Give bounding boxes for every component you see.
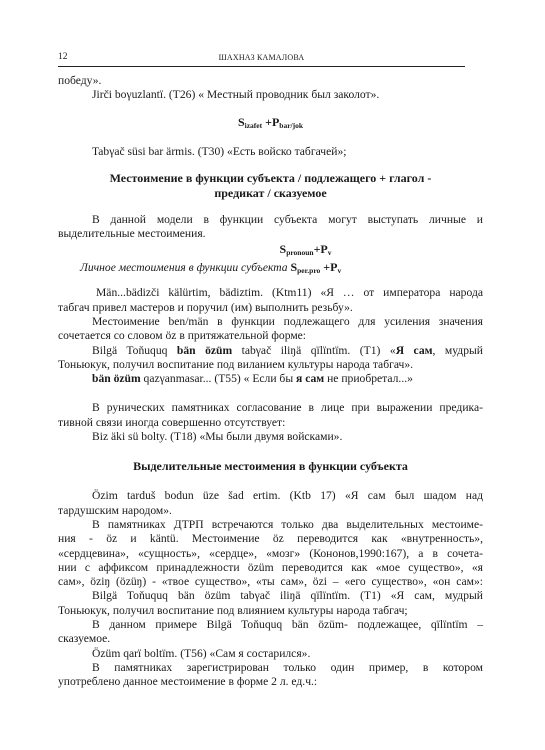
example-translation: «Я … от императора народа [311, 286, 483, 299]
paragraph-dtrp-line-4: нии с аффиксом принадлежности özüm перев… [58, 561, 483, 575]
formula-s-sub: izafet [245, 121, 263, 130]
formula-p: +P [314, 242, 328, 256]
page-header: 12 ШАХНАЗ КАМАЛОВА [58, 50, 465, 67]
heading-line: Местоимение в функции субъекта / подлежа… [110, 171, 432, 185]
formula-s-sub: pronoun [286, 248, 313, 257]
paragraph-continuation: победу». [58, 74, 483, 88]
paragraph-dtrp-line-5: сам», öziŋ (özüŋ) - «твое существо», «ты… [58, 575, 483, 589]
paragraph-dtrp-line-2: ния - öz и käntü. Местоимение öz перевод… [58, 532, 483, 546]
text-run: tabγač iliŋä qïlïntïm. (T1) « [232, 344, 396, 357]
running-title: ШАХНАЗ КАМАЛОВА [58, 53, 465, 62]
paragraph-model: В данной модели в функции субъекта могут… [58, 213, 483, 227]
text-run: qazγanmasar... (T55) « Если бы [141, 372, 296, 385]
text-run: Bilgä Toňuquq [92, 344, 177, 357]
document-page: 12 ШАХНАЗ КАМАЛОВА победу». Jirči boγuzl… [0, 0, 545, 750]
bold-run: Я сам [396, 344, 433, 357]
bold-run: bän özüm [92, 372, 141, 385]
formula-p: +P [262, 115, 279, 129]
formula-s-sub: per.pro [297, 266, 320, 275]
bold-run: я сам [296, 372, 324, 385]
example-ktm11-cont: табгач привел мастеров и поручил (им) вы… [58, 301, 483, 315]
section-heading-emphatic: Выделительные местоимения в функции субъ… [58, 459, 483, 474]
example-t26: Jirči boγuzlantï. (T26) « Местный провод… [58, 88, 483, 102]
example-t18: Biz äki sü bolty. (T18) «Мы были двумя в… [58, 430, 483, 444]
example-t55: bän özüm qazγanmasar... (T55) « Если бы … [58, 372, 483, 386]
example-source: Jirči boγuzlantï. (T26) [92, 88, 195, 101]
paragraph-runic-cont: тивной связи иногда совершенно отсутству… [58, 416, 483, 430]
paragraph-second-person-cont: употреблено данное местоимение в форме 2… [58, 675, 483, 689]
italic-caption: Личное местоимения в функции субъекта [80, 261, 290, 274]
heading-line: предикат / сказуемое [214, 186, 326, 200]
paragraph-dtrp-line-1: В памятниках ДТРП встречаются только два… [58, 518, 483, 532]
example-source: Tabγač süsi bar ärmis. (T30) [92, 145, 224, 158]
formula-s: S [238, 115, 245, 129]
example-t1-repeat: Bilgä Toňuquq bän özüm tabγač iliŋä qïlï… [58, 589, 483, 603]
paragraph-dtrp-line-3: «сердцевина», «сущность», «сердце», «моз… [58, 547, 483, 561]
bold-run: bän özüm [177, 344, 232, 357]
example-t56: Özüm qarï boltïm. (T56) «Сам я состарилс… [58, 647, 483, 661]
text-run: , мудрый [433, 344, 483, 357]
example-ktb17-cont: тардушским народом». [58, 504, 483, 518]
paragraph-analysis: В данном примере Bilgä Toňuquq bän özüm-… [58, 618, 483, 632]
formula-p: +P [320, 260, 337, 274]
formula-p-sub: v [328, 248, 332, 257]
paragraph-runic: В рунических памятниках согласование в л… [58, 401, 483, 415]
example-t1-cont: Тоньюкук, получил воспитание под вилание… [58, 358, 483, 372]
formula-izafet: Sizafet +Pbar/jok [58, 115, 483, 133]
paragraph-ben-man-cont: сочетается со словом öz в притяжательной… [58, 329, 483, 343]
example-ktb17: Özim tarduš bodun üze šad ertim. (Ktb 17… [58, 489, 483, 503]
example-t1-repeat-cont: Тоньюкук, получил воспитание под влияние… [58, 604, 483, 618]
example-t1: Bilgä Toňuquq bän özüm tabγač iliŋä qïlï… [58, 344, 483, 358]
section-heading-subject-verb: Местоимение в функции субъекта / подлежа… [58, 171, 483, 201]
page-body: победу». Jirči boγuzlantï. (T26) « Местн… [58, 74, 483, 690]
example-translation: «Есть войско табгачей»; [224, 145, 346, 158]
paragraph-second-person: В памятниках зарегистрирован только один… [58, 661, 483, 675]
formula-p-sub: bar/jok [279, 121, 303, 130]
paragraph-ben-man: Местоимение ben/män в функции подлежащег… [58, 315, 483, 329]
example-t30: Tabγač süsi bar ärmis. (T30) «Есть войск… [58, 145, 483, 159]
paragraph-analysis-cont: сказуемое. [58, 632, 483, 646]
formula-pronoun: Spronoun+Pv [128, 242, 483, 260]
formula-p-sub: v [337, 266, 341, 275]
personal-pronoun-formula-line: Личное местоимения в функции субъекта Sp… [58, 260, 483, 278]
example-source: Män...bädizči kälürtim, bädiztim. (Ktm11… [96, 286, 311, 299]
example-translation: « Местный проводник был заколот». [195, 88, 379, 101]
example-ktm11: Män...bädizči kälürtim, bädiztim. (Ktm11… [58, 286, 483, 300]
text-run: не приобретал...» [324, 372, 413, 385]
paragraph-model-cont: выделительные местоимения. [58, 227, 483, 241]
